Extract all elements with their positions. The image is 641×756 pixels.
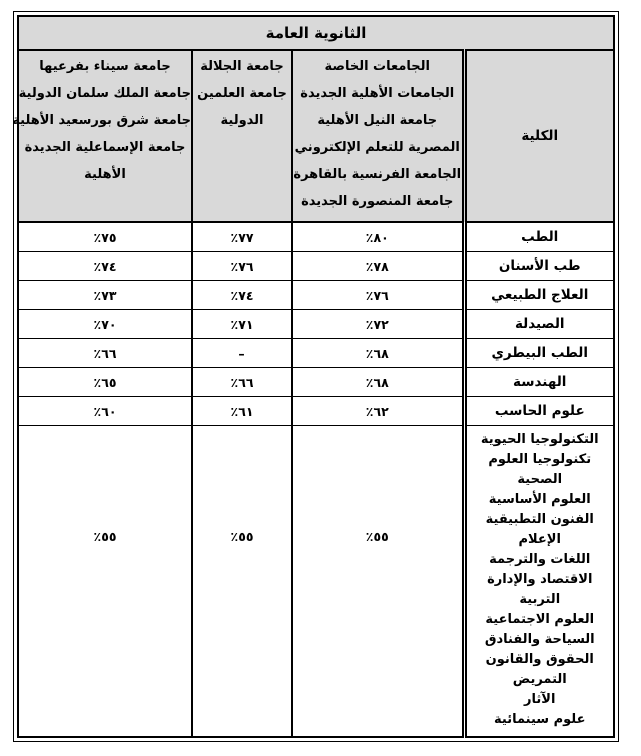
percentage-value: ٪٧٨ (366, 259, 389, 274)
column-header-private-universities: الجامعات الخاصة الجامعات الأهلية الجديدة… (292, 50, 464, 222)
percentage-value: ٪٧٤ (94, 259, 117, 274)
percentage-value: ٪٦١ (231, 404, 254, 419)
percentage-cell: ٪٥٥ (192, 425, 292, 737)
table-frame: الثانوية العامة الكلية الجامعات الخاصة ا… (13, 11, 619, 742)
table-row: الصيدلة ٪٧٢ ٪٧١ ٪٧٠ (18, 309, 614, 338)
university-name-line: جامعة الملك سلمان الدولية (19, 80, 191, 107)
percentage-cell: ٪٧٣ (18, 280, 192, 309)
table-title: الثانوية العامة (18, 16, 614, 50)
column-header-galala-alamein: جامعة الجلالة جامعة العلمين الدولية (192, 50, 292, 222)
university-name-line: الدولية (193, 107, 291, 134)
percentage-cell: ٪٥٥ (18, 425, 192, 737)
percentage-value: ٪٥٥ (94, 529, 117, 544)
percentage-value: ٪٦٥ (94, 375, 117, 390)
percentage-cell: ٪٨٠ (292, 222, 464, 251)
percentage-value: ٪٦٦ (94, 346, 117, 361)
table-row: العلاج الطبيعي ٪٧٦ ٪٧٤ ٪٧٣ (18, 280, 614, 309)
percentage-cell: ٪٧٢ (292, 309, 464, 338)
faculty-name-line: الحقوق والقانون (467, 650, 614, 670)
faculty-name: الهندسة (464, 367, 614, 396)
percentage-cell: ٪٦٠ (18, 396, 192, 425)
percentage-value: ٪٧٣ (94, 288, 117, 303)
faculty-name-line: العلوم الاجتماعية (467, 610, 614, 630)
percentage-value: ٪٦٢ (366, 404, 389, 419)
percentage-cell: ٪٦٨ (292, 367, 464, 396)
percentage-value: ٪٧٠ (94, 317, 117, 332)
table-row: علوم الحاسب ٪٦٢ ٪٦١ ٪٦٠ (18, 396, 614, 425)
faculty-name-line: الآثار (467, 690, 614, 710)
percentage-value: ٪٥٥ (231, 529, 254, 544)
faculty-name-line: اللغات والترجمة (467, 550, 614, 570)
faculty-name-line: الفنون التطبيقية (467, 510, 614, 530)
percentage-cell: ٪٧٠ (18, 309, 192, 338)
percentage-cell: ٪٧٦ (192, 251, 292, 280)
faculty-name-line: الاقتصاد والإدارة (467, 570, 614, 590)
page: { "title": "الثانوية العامة", "table": {… (0, 0, 641, 756)
percentage-value: ٪٧٦ (231, 259, 254, 274)
faculty-name-line: علوم سينمائية (467, 710, 614, 730)
percentage-value: ٪٨٠ (366, 230, 389, 245)
percentage-cell: ٪٧٥ (18, 222, 192, 251)
percentage-cell: ٪٦١ (192, 396, 292, 425)
percentage-cell: ٪٦٢ (292, 396, 464, 425)
faculty-name-line: الصحية (467, 470, 614, 490)
percentage-value: ٪٧٧ (231, 230, 254, 245)
university-name-line: جامعة العلمين (193, 80, 291, 107)
faculty-name: العلاج الطبيعي (464, 280, 614, 309)
percentage-cell: ٪٦٦ (192, 367, 292, 396)
university-name-line: الجامعة الفرنسية بالقاهرة (293, 161, 462, 188)
university-name-line: جامعة سيناء بفرعيها (19, 53, 191, 80)
percentage-value: ٪٦٠ (94, 404, 117, 419)
university-name-line: جامعة المنصورة الجديدة (293, 188, 462, 215)
percentage-value: ٪٧٤ (231, 288, 254, 303)
percentage-value: ٪٦٨ (366, 375, 389, 390)
percentage-cell: ٪٥٥ (292, 425, 464, 737)
percentage-cell: ٪٦٨ (292, 338, 464, 367)
table-row: الطب ٪٨٠ ٪٧٧ ٪٧٥ (18, 222, 614, 251)
university-name-line: الجامعات الخاصة (293, 53, 462, 80)
faculty-name: الطب (464, 222, 614, 251)
column-header-faculty: الكلية (464, 50, 614, 222)
faculty-name: الصيدلة (464, 309, 614, 338)
faculty-name: طب الأسنان (464, 251, 614, 280)
table-row: طب الأسنان ٪٧٨ ٪٧٦ ٪٧٤ (18, 251, 614, 280)
university-name-line: جامعة الجلالة (193, 53, 291, 80)
faculty-name-line: السياحة والفنادق (467, 630, 614, 650)
university-name-line: الأهلية (19, 161, 191, 188)
faculty-name-line: العلوم الأساسية (467, 490, 614, 510)
university-name-line: جامعة الإسماعلية الجديدة (19, 134, 191, 161)
percentage-cell: ٪٧٧ (192, 222, 292, 251)
university-name-line: جامعة شرق بورسعيد الأهلية (19, 107, 191, 134)
faculty-name-line: التربية (467, 590, 614, 610)
university-name-line: جامعة النيل الأهلية (293, 107, 462, 134)
percentage-cell: ٪٧١ (192, 309, 292, 338)
faculty-name: علوم الحاسب (464, 396, 614, 425)
university-name-line: المصرية للتعلم الإلكتروني (293, 134, 462, 161)
faculty-name-line: التكنولوجيا الحيوية (467, 430, 614, 450)
faculty-name: الطب البيطري (464, 338, 614, 367)
table-row-multi-faculty: التكنولوجيا الحيوية تكنولوجيا العلوم الص… (18, 425, 614, 737)
percentage-value: ٪٧٥ (94, 230, 117, 245)
faculty-name-line: تكنولوجيا العلوم (467, 450, 614, 470)
percentage-cell: – (192, 338, 292, 367)
university-name-line: الجامعات الأهلية الجديدة (293, 80, 462, 107)
column-header-sinai-group: جامعة سيناء بفرعيها جامعة الملك سلمان ال… (18, 50, 192, 222)
percentage-value: ٪٦٨ (366, 346, 389, 361)
percentage-cell: ٪٦٥ (18, 367, 192, 396)
percentage-cell: ٪٧٤ (192, 280, 292, 309)
percentage-value: ٪٦٦ (231, 375, 254, 390)
faculty-name-list: التكنولوجيا الحيوية تكنولوجيا العلوم الص… (464, 425, 614, 737)
percentage-value: ٪٧٢ (366, 317, 389, 332)
admissions-table: الثانوية العامة الكلية الجامعات الخاصة ا… (17, 15, 615, 738)
percentage-cell: ٪٧٦ (292, 280, 464, 309)
percentage-value: ٪٧١ (231, 317, 254, 332)
percentage-value: ٪٧٦ (366, 288, 389, 303)
table-row: الطب البيطري ٪٦٨ – ٪٦٦ (18, 338, 614, 367)
title-row: الثانوية العامة (18, 16, 614, 50)
percentage-cell: ٪٧٨ (292, 251, 464, 280)
header-row: الكلية الجامعات الخاصة الجامعات الأهلية … (18, 50, 614, 222)
table-row: الهندسة ٪٦٨ ٪٦٦ ٪٦٥ (18, 367, 614, 396)
dash-value: – (238, 346, 245, 361)
percentage-cell: ٪٦٦ (18, 338, 192, 367)
faculty-name-line: التمريض (467, 670, 614, 690)
percentage-cell: ٪٧٤ (18, 251, 192, 280)
faculty-name-line: الإعلام (467, 530, 614, 550)
percentage-value: ٪٥٥ (366, 529, 389, 544)
